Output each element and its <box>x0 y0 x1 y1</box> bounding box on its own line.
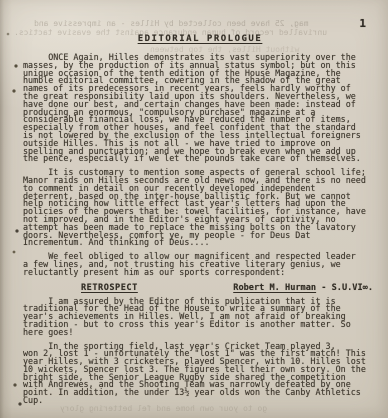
bleedthrough-text-line: mag, 25 have been collected by Hilles - … <box>34 19 309 28</box>
retrospect-author-form: - S.U.VI∞. <box>316 283 373 293</box>
retrospect-heading: RETROSPECT <box>81 283 138 293</box>
paragraph-editorial-1: ONCE Again, Hilles demonstrates its vast… <box>23 54 377 163</box>
retrospect-heading-row: RETROSPECT Robert M. Hurman - S.U.VI∞. <box>81 283 373 293</box>
document-body: EDITORIAL PROLOGUE ONCE Again, Hilles de… <box>23 34 377 411</box>
paragraph-editorial-2: It is customary to mention some aspects … <box>23 169 377 247</box>
paragraph-editorial-3: We feel obliged to allow our magnificent… <box>23 253 377 276</box>
ink-specks <box>0 0 2 2</box>
retrospect-author-name: Robert M. Hurman <box>233 283 316 293</box>
document-photo: { "doc": { "page_number": "1", "title": … <box>0 0 388 418</box>
paragraph-retrospect-2: In the sporting field, last year's Crick… <box>23 343 377 405</box>
paragraph-retrospect-1: I am assured by the Editor of this publi… <box>23 298 377 337</box>
retrospect-byline: Robert M. Hurman - S.U.VI∞. <box>233 283 373 293</box>
document-title: EDITORIAL PROLOGUE <box>23 34 377 44</box>
page-number: 1 <box>359 17 366 30</box>
